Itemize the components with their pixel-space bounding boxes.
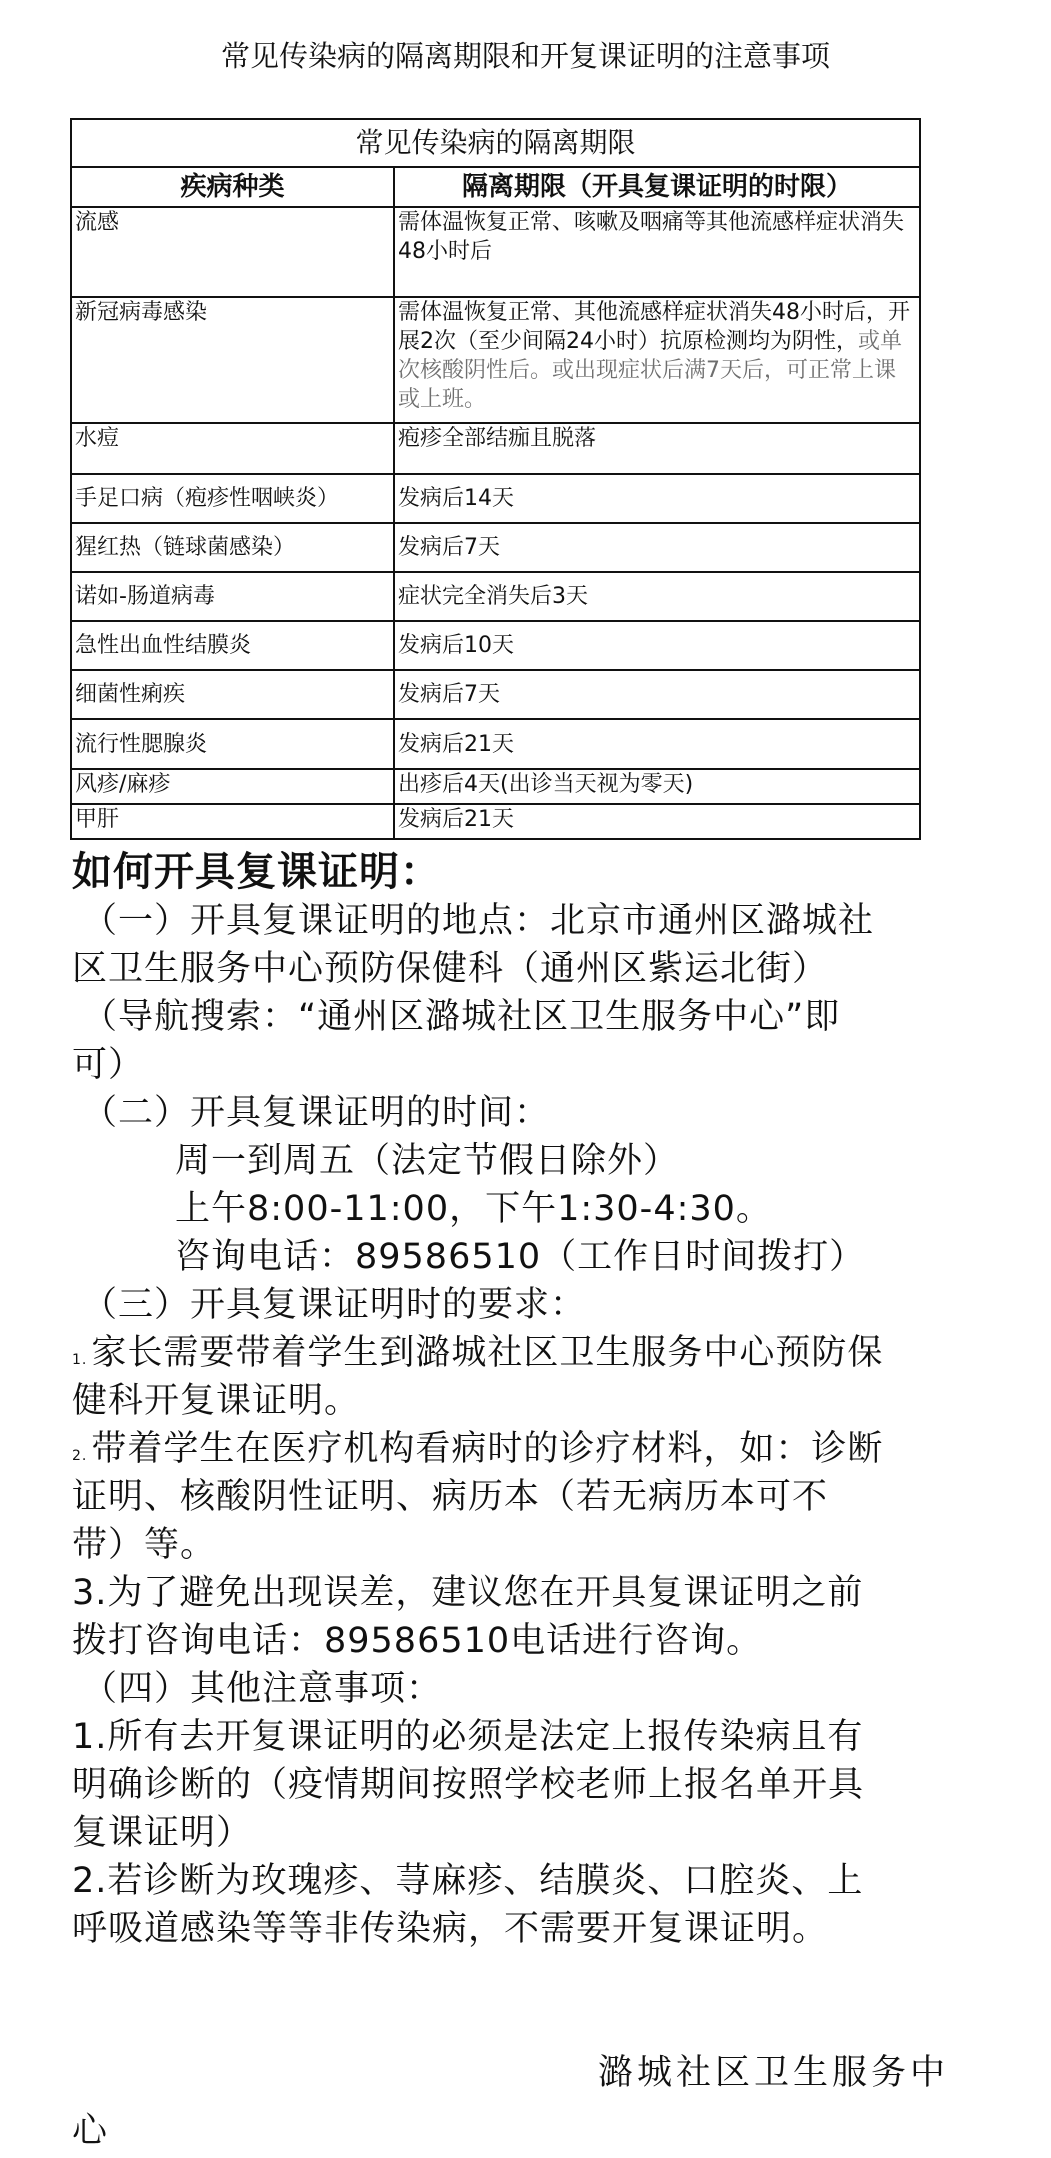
table-caption: 常见传染病的隔离期限	[71, 119, 920, 167]
period-cell: 需体温恢复正常、咳嗽及咽痛等其他流感样症状消失48小时后	[394, 207, 920, 297]
section2-hours: 上午8:00-11:00，下午1:30-4:30。	[175, 1186, 772, 1232]
disease-cell: 诺如-肠道病毒	[71, 572, 394, 621]
section3-item2-line3: 带）等。	[72, 1522, 216, 1568]
table-row: 细菌性痢疾 发病后7天	[71, 670, 920, 719]
table-row: 猩红热（链球菌感染） 发病后7天	[71, 523, 920, 572]
period-cell: 发病后21天	[394, 804, 920, 839]
section4-item2-line1: 2.若诊断为玫瑰疹、荨麻疹、结膜炎、口腔炎、上	[72, 1858, 863, 1904]
section1-line3: （导航搜索：“通州区潞城社区卫生服务中心”即	[82, 994, 840, 1040]
table-row: 风疹/麻疹 出疹后4天(出诊当天视为零天)	[71, 769, 920, 804]
period-cell: 发病后7天	[394, 523, 920, 572]
section2-title: （二）开具复课证明的时间：	[82, 1090, 550, 1136]
period-cell: 发病后21天	[394, 719, 920, 769]
period-cell: 发病后14天	[394, 474, 920, 523]
disease-cell: 新冠病毒感染	[71, 297, 394, 423]
signature-line2: 心	[72, 2108, 107, 2154]
period-cell: 发病后7天	[394, 670, 920, 719]
section3-title: （三）开具复课证明时的要求：	[82, 1282, 586, 1328]
section2-phone: 咨询电话：89586510（工作日时间拨打）	[175, 1234, 865, 1280]
section2-days: 周一到周五（法定节假日除外）	[175, 1138, 679, 1184]
section4-item2-line2: 呼吸道感染等等非传染病，不需要开复课证明。	[72, 1906, 828, 1952]
section3-item3-line1: 3.为了避免出现误差，建议您在开具复课证明之前	[72, 1570, 863, 1616]
period-cell: 需体温恢复正常、其他流感样症状消失48小时后，开展2次（至少间隔24小时）抗原检…	[394, 297, 920, 423]
signature-line1: 潞城社区卫生服务中	[598, 2050, 949, 2096]
document-title: 常见传染病的隔离期限和开复课证明的注意事项	[0, 36, 1051, 76]
table-row: 诺如-肠道病毒 症状完全消失后3天	[71, 572, 920, 621]
section3-item1-line2: 健科开复课证明。	[72, 1378, 360, 1424]
section4-title: （四）其他注意事项：	[82, 1666, 442, 1712]
disease-cell: 甲肝	[71, 804, 394, 839]
disease-cell: 手足口病（疱疹性咽峡炎）	[71, 474, 394, 523]
disease-cell: 细菌性痢疾	[71, 670, 394, 719]
table-row: 甲肝 发病后21天	[71, 804, 920, 839]
period-cell: 出疹后4天(出诊当天视为零天)	[394, 769, 920, 804]
section4-item1-line1: 1.所有去开复课证明的必须是法定上报传染病且有	[72, 1714, 863, 1760]
section1-line2: 区卫生服务中心预防保健科（通州区紫运北街）	[72, 946, 828, 992]
header-disease-type: 疾病种类	[71, 167, 394, 207]
disease-cell: 急性出血性结膜炎	[71, 621, 394, 670]
section4-item1-line3: 复课证明）	[72, 1810, 252, 1856]
section1-line4: 可）	[72, 1042, 144, 1088]
table-row: 流感 需体温恢复正常、咳嗽及咽痛等其他流感样症状消失48小时后	[71, 207, 920, 297]
disease-cell: 风疹/麻疹	[71, 769, 394, 804]
table-row: 流行性腮腺炎 发病后21天	[71, 719, 920, 769]
table-row: 急性出血性结膜炎 发病后10天	[71, 621, 920, 670]
period-cell: 疱疹全部结痂且脱落	[394, 423, 920, 474]
section3-item1-line1: 1.家长需要带着学生到潞城社区卫生服务中心预防保	[72, 1330, 883, 1383]
disease-cell: 水痘	[71, 423, 394, 474]
table-row: 新冠病毒感染 需体温恢复正常、其他流感样症状消失48小时后，开展2次（至少间隔2…	[71, 297, 920, 423]
section4-item1-line2: 明确诊断的（疫情期间按照学校老师上报名单开具	[72, 1762, 864, 1808]
table-row: 水痘 疱疹全部结痂且脱落	[71, 423, 920, 474]
section3-item3-line2: 拨打咨询电话：89586510电话进行咨询。	[72, 1618, 762, 1664]
section1-line1: （一）开具复课证明的地点：北京市通州区潞城社	[82, 898, 874, 944]
table-row: 手足口病（疱疹性咽峡炎） 发病后14天	[71, 474, 920, 523]
how-to-heading: 如何开具复课证明：	[72, 846, 441, 898]
table-header-row: 疾病种类 隔离期限（开具复课证明的时限）	[71, 167, 920, 207]
disease-cell: 流感	[71, 207, 394, 297]
header-isolation-period: 隔离期限（开具复课证明的时限）	[394, 167, 920, 207]
period-cell: 症状完全消失后3天	[394, 572, 920, 621]
disease-cell: 猩红热（链球菌感染）	[71, 523, 394, 572]
disease-cell: 流行性腮腺炎	[71, 719, 394, 769]
table-caption-row: 常见传染病的隔离期限	[71, 119, 920, 167]
section3-item2-line2: 证明、核酸阴性证明、病历本（若无病历本可不	[72, 1474, 828, 1520]
section3-item2-line1: 2.带着学生在医疗机构看病时的诊疗材料，如：诊断	[72, 1426, 883, 1479]
period-cell: 发病后10天	[394, 621, 920, 670]
isolation-period-table: 常见传染病的隔离期限 疾病种类 隔离期限（开具复课证明的时限） 流感 需体温恢复…	[70, 118, 921, 840]
